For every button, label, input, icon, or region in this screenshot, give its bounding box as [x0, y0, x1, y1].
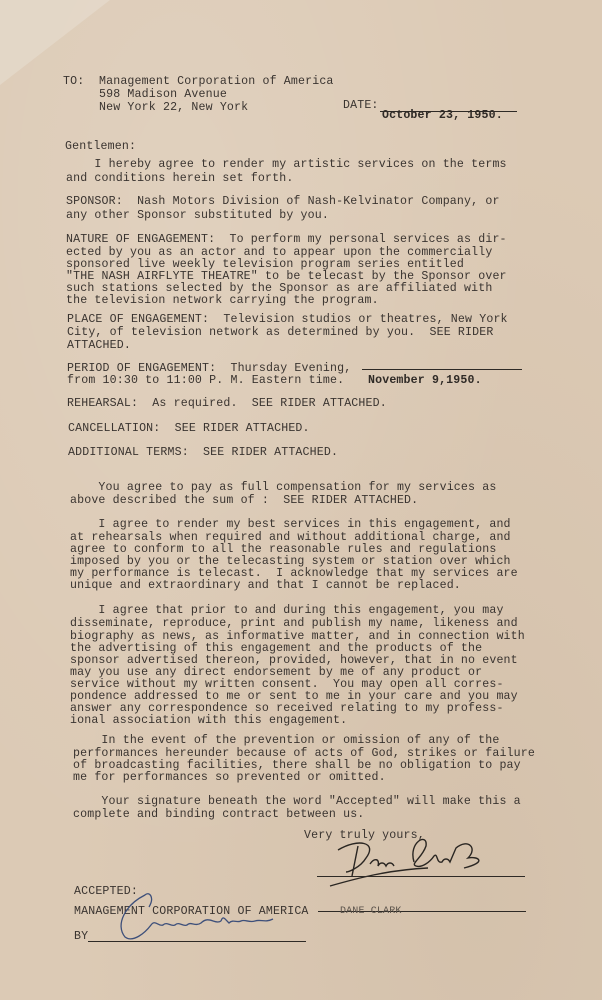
period-date: November 9,1950.	[368, 374, 482, 387]
rehearsal: REHEARSAL: As required. SEE RIDER ATTACH…	[67, 397, 387, 410]
signer-typed-name: DANE CLARK	[340, 905, 402, 918]
sponsor-line-2: any other Sponsor substituted by you.	[66, 209, 329, 222]
services-line-1: I agree to render my best services in th…	[70, 518, 511, 531]
date-label: DATE:	[343, 99, 379, 112]
document-page: TO: Management Corporation of America 59…	[0, 0, 602, 1000]
to-line-1: Management Corporation of America	[99, 75, 334, 88]
signer-signature	[318, 828, 518, 888]
folded-corner	[0, 0, 110, 85]
sponsor-line-1: SPONSOR: Nash Motors Division of Nash-Ke…	[66, 195, 500, 208]
compensation-line-1: You agree to pay as full compensation fo…	[70, 481, 496, 494]
cancellation: CANCELLATION: SEE RIDER ATTACHED.	[68, 422, 310, 435]
by-signature	[105, 885, 295, 945]
period-line-2: from 10:30 to 11:00 P. M. Eastern time.	[67, 374, 344, 387]
to-line-2: 598 Madison Avenue	[99, 88, 227, 101]
closing-line-1: Your signature beneath the word "Accepte…	[73, 795, 521, 808]
period-underline	[362, 369, 522, 370]
place-line-3: ATTACHED.	[67, 339, 131, 352]
signer-signature-line	[317, 876, 525, 877]
intro-line-2: and conditions herein set forth.	[66, 172, 293, 185]
force-majeure-line-4: me for performances so prevented or omit…	[73, 771, 386, 784]
intro-line-1: I hereby agree to render my artistic ser…	[66, 158, 507, 171]
nature-line-1: NATURE OF ENGAGEMENT: To perform my pers…	[66, 233, 507, 246]
to-line-3: New York 22, New York	[99, 101, 248, 114]
compensation-line-2: above described the sum of : SEE RIDER A…	[70, 494, 418, 507]
place-line-1: PLACE OF ENGAGEMENT: Television studios …	[67, 313, 508, 326]
force-majeure-line-1: In the event of the prevention or omissi…	[73, 734, 499, 747]
additional-terms: ADDITIONAL TERMS: SEE RIDER ATTACHED.	[68, 446, 338, 459]
to-label: TO:	[63, 75, 84, 88]
salutation: Gentlemen:	[65, 140, 136, 153]
closing-line-2: complete and binding contract between us…	[73, 808, 364, 821]
publicity-line-10: ional association with this engagement.	[70, 714, 347, 727]
publicity-line-2: disseminate, reproduce, print and publis…	[70, 617, 518, 630]
publicity-line-1: I agree that prior to and during this en…	[70, 604, 504, 617]
place-line-2: City, of television network as determine…	[67, 326, 493, 339]
nature-line-6: the television network carrying the prog…	[66, 294, 379, 307]
services-line-6: unique and extraordinary and that I cann…	[70, 579, 461, 592]
by-label: BY	[74, 930, 88, 943]
date-value: October 23, 1950.	[382, 109, 503, 122]
